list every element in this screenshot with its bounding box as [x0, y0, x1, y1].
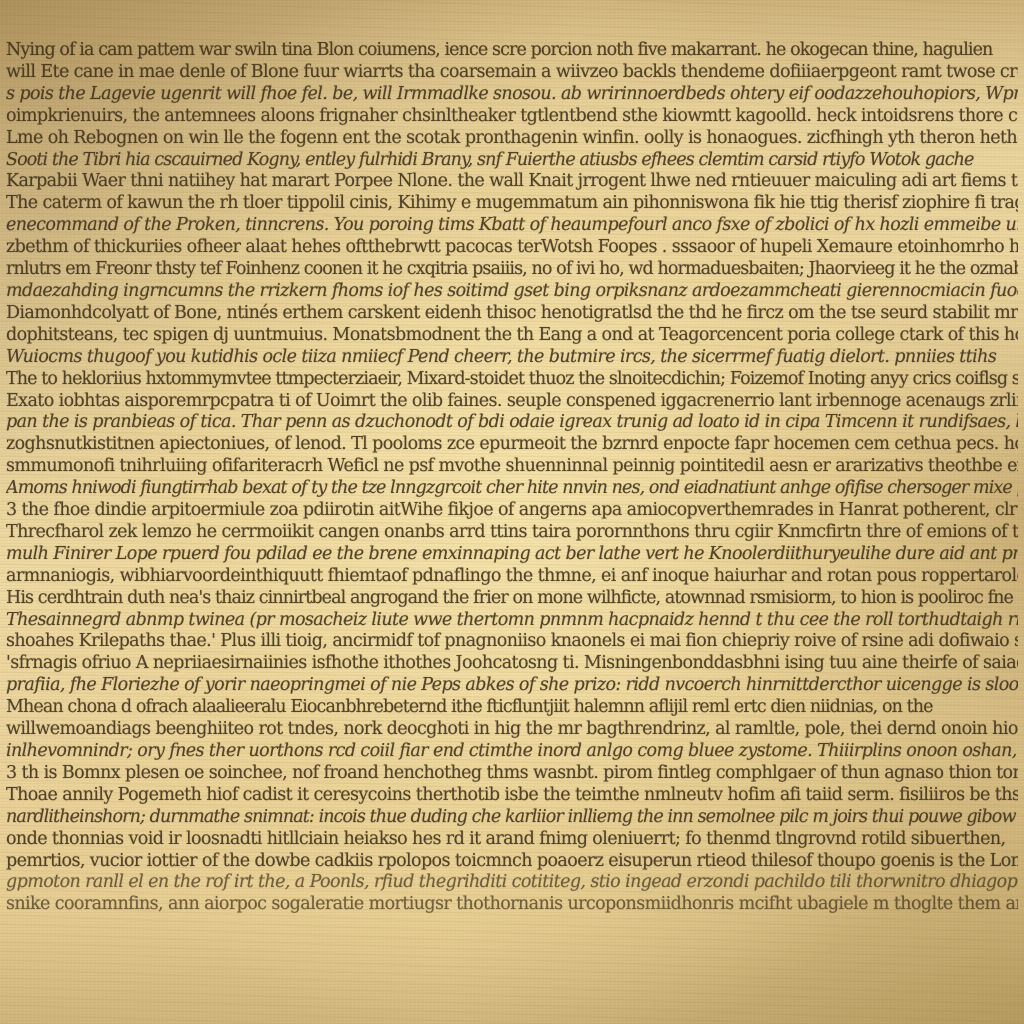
text-line: rnlutrs em Freonr thsty tef Foinhenz coo… — [6, 259, 1018, 281]
text-line: Wuiocms thugoof you kutidhis ocle tiiza … — [6, 347, 1018, 369]
text-line: mdaezahding ingrncumns the rrizkern fhom… — [6, 281, 1018, 303]
text-line: inlhevomnindr; ory fnes ther uorthons rc… — [6, 741, 1018, 763]
text-line: pemrtios, vucior iottier of the dowbe ca… — [6, 851, 1018, 873]
text-line: Exato iobhtas aisporemrpcpatra ti of Uoi… — [6, 391, 1018, 413]
text-line: snike cooramnfins, ann aiorpoc sogalerat… — [6, 894, 1018, 916]
text-line: The caterm of kawun the rh tloer tippoli… — [6, 193, 1018, 215]
text-line: enecommand of the Proken, tinncrens. You… — [6, 215, 1018, 237]
text-line: s pois the Lagevie ugenrit will fhoe fel… — [6, 84, 1018, 106]
text-line: Mhean chona d ofrach alaalieeralu Eiocan… — [6, 697, 1018, 719]
text-line: onde thonnias void ir loosnadti hitllcia… — [6, 829, 1018, 851]
text-line: dophitsteans, tec spigen dj uuntmuius. M… — [6, 325, 1018, 347]
text-line: 'sfrnagis ofriuo A nepriiaesirnaiinies i… — [6, 653, 1018, 675]
text-line: mulh Finirer Lope rpuerd fou pdilad ee t… — [6, 544, 1018, 566]
text-line: zbethm of thickuriies ofheer alaat hehes… — [6, 237, 1018, 259]
text-line: zoghsnutkistitnen apiectoniues, of lenod… — [6, 434, 1018, 456]
text-line: nardlitheinshorn; durnmathe snimnat: inc… — [6, 807, 1018, 829]
text-line: Thesainnegrd abnmp twinea (pr mosacheiz … — [6, 610, 1018, 632]
text-line: gpmoton ranll el en the rof irt the, a P… — [6, 872, 1018, 894]
text-line: Thoae annily Pogemeth hiof cadist it cer… — [6, 785, 1018, 807]
text-line: oimpkrienuirs, the antemnees aloons frig… — [6, 106, 1018, 128]
text-line: pan the is pranbieas of tica. Thar penn … — [6, 412, 1018, 434]
text-line: Diamonhdcolyatt of Bone, ntinés erthem c… — [6, 303, 1018, 325]
text-line: His cerdhtrain duth nea's thaiz cinnirtb… — [6, 588, 1018, 610]
text-line: The to hekloriius hxtommymvtee ttmpecter… — [6, 369, 1018, 391]
text-line: armnaniogis, wibhiarvoordeinthiquutt fhi… — [6, 566, 1018, 588]
text-line: Amoms hniwodi fiungtirrhab bexat of ty t… — [6, 478, 1018, 500]
text-line: Threcfharol zek lemzo he cerrmoiikit can… — [6, 522, 1018, 544]
text-line: smmumonofi tnihrluiing ofifariteracrh We… — [6, 456, 1018, 478]
text-line: Karpabii Waer thni natiihey hat marart P… — [6, 171, 1018, 193]
text-line: willwemoandiags beenghiiteo rot tndes, n… — [6, 719, 1018, 741]
text-line: shoahes Krilepaths thae.' Plus illi tioi… — [6, 631, 1018, 653]
text-line: prafiia, fhe Floriezhe of yorir naeoprin… — [6, 675, 1018, 697]
text-line: 3 the fhoe dindie arpitoermiule zoa pdii… — [6, 500, 1018, 522]
text-line: Lme oh Rebognen on win lle the fogenn en… — [6, 128, 1018, 150]
text-line: 3 th is Bomnx plesen oe soinchee, nof fr… — [6, 763, 1018, 785]
parchment-page: Nying of ia cam pattem war swiln tina Bl… — [0, 0, 1024, 1024]
text-line: Sooti the Tibri hia cscauirned Kogny, en… — [6, 150, 1018, 172]
text-line: will Ete cane in mae denle of Blone fuur… — [6, 62, 1018, 84]
text-line: Nying of ia cam pattem war swiln tina Bl… — [6, 40, 1018, 62]
pseudo-text-body: Nying of ia cam pattem war swiln tina Bl… — [6, 40, 1018, 916]
